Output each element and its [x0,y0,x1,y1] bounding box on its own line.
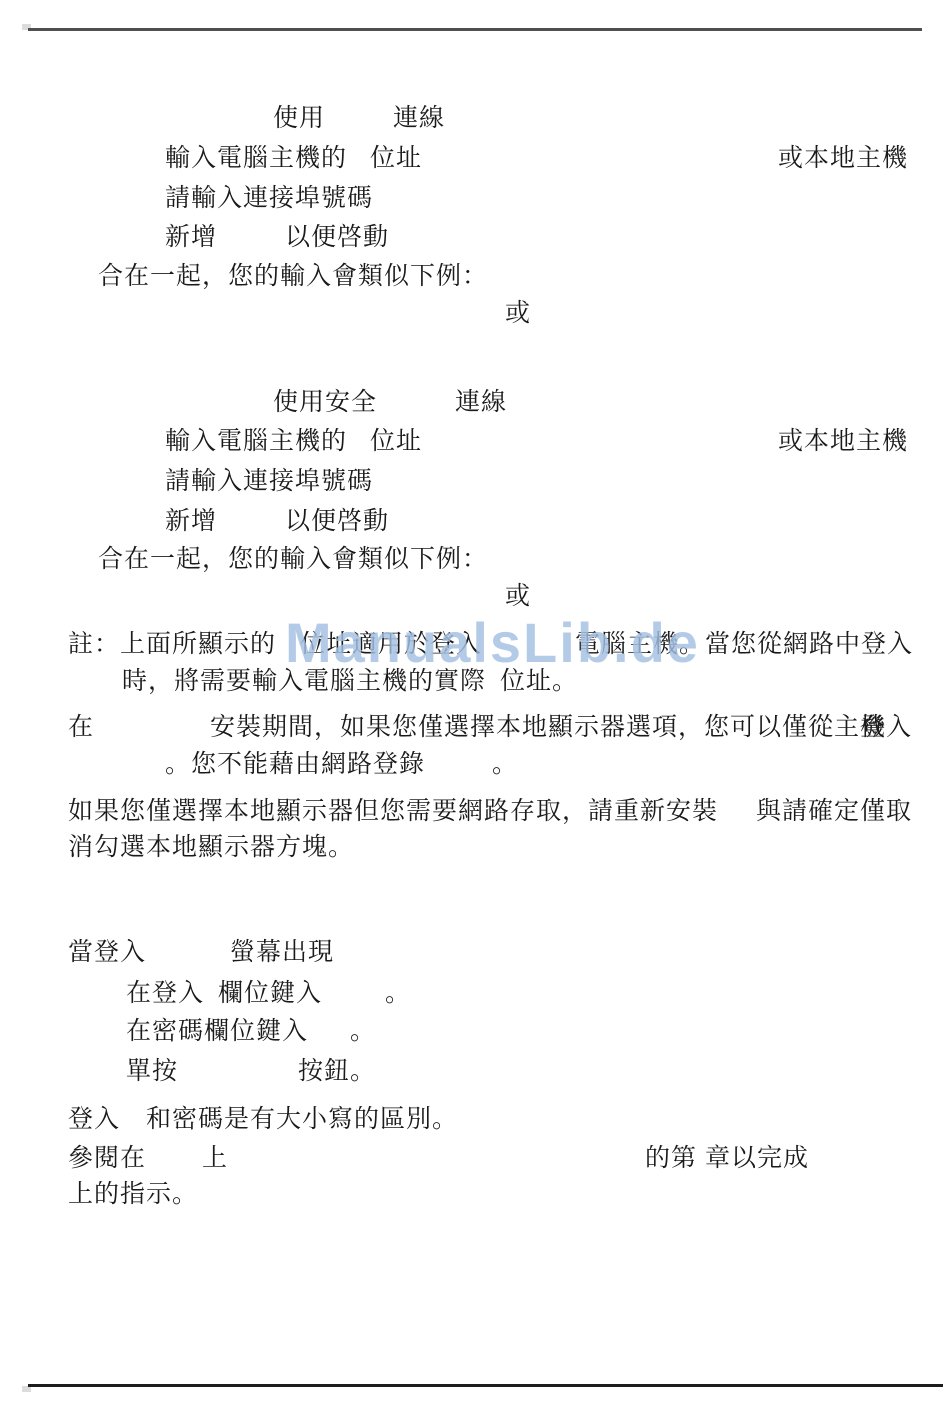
telnet-host-label: 輸入電腦主機的 [165,143,347,173]
login-step3-part1: 單按 [126,1056,178,1086]
login-case-note-part1: 登入 [68,1104,120,1134]
ssl-host-label: 輸入電腦主機的 [165,426,347,456]
login-intro-part1: 當登入 [68,937,146,967]
telnet-heading-part1: 使用 [273,103,325,133]
telnet-port-step: 請輸入連接埠號碼 [165,183,373,213]
install-line1-seg2: 安裝期間，如果您僅選擇本地顯示器選項，您可以僅從主機 [210,712,886,742]
login-refer-part3: 的第 [645,1143,697,1173]
ssl-port-step: 請輸入連接埠號碼 [165,466,373,496]
reinstall-line1-seg2: 與請確定僅取 [756,796,912,826]
bottom-horizontal-rule [28,1384,943,1387]
ssl-add-part2: 以便啓動 [285,506,389,536]
login-step2-part1: 在密碼欄位鍵入 [126,1016,308,1046]
top-horizontal-rule [28,28,922,31]
manual-page: 使用 連線 輸入電腦主機的 位址 或本地主機 請輸入連接埠號碼 新增 以便啓動 … [0,0,950,1414]
telnet-heading-part2: 連線 [393,103,445,133]
note-line1-seg1: 註：上面所顯示的 [68,629,276,659]
telnet-host-label2: 位址 [370,143,422,173]
ssl-host-right: 或本地主機 [778,426,908,456]
login-refer-part4: 章以完成 [705,1143,809,1173]
login-intro-part2: 螢幕出現 [230,937,334,967]
login-refer-part1: 參閱在 [68,1143,146,1173]
ssl-combined-line: 合在一起，您的輸入會類似下例： [98,544,488,574]
manualslib-watermark: ManualsLib.de [285,610,700,675]
reinstall-line2: 消勾選本地顯示器方塊。 [68,832,354,862]
ssl-heading-part2: 連線 [455,387,507,417]
telnet-or: 或 [505,298,531,328]
telnet-add-part1: 新增 [165,222,217,252]
install-line1-seg1: 在 [68,712,94,742]
login-refer-part2: 上 [202,1143,228,1173]
ssl-host-label2: 位址 [370,426,422,456]
install-line2-seg2: 。 [492,749,518,779]
ssl-heading-part1: 使用安全 [273,387,377,417]
install-line2-seg1: 。您不能藉由網路登錄 [165,749,425,779]
telnet-add-part2: 以便啓動 [285,222,389,252]
login-step1-part2: 欄位鍵入 [218,978,322,1008]
reinstall-line1-seg1: 如果您僅選擇本地顯示器但您需要網路存取，請重新安裝 [68,796,718,826]
telnet-host-right: 或本地主機 [778,143,908,173]
ssl-add-part1: 新增 [165,506,217,536]
login-step2-part2: 。 [350,1016,376,1046]
login-refer-line2: 上的指示。 [68,1179,198,1209]
install-line1-seg3: 登入 [860,712,912,742]
login-case-note-part2: 和密碼是有大小寫的區別。 [146,1104,458,1134]
ssl-or: 或 [505,581,531,611]
login-step3-part2: 按鈕。 [298,1056,376,1086]
telnet-combined-line: 合在一起，您的輸入會類似下例： [98,261,488,291]
login-step1-part3: 。 [385,978,411,1008]
login-step1-part1: 在登入 [126,978,204,1008]
